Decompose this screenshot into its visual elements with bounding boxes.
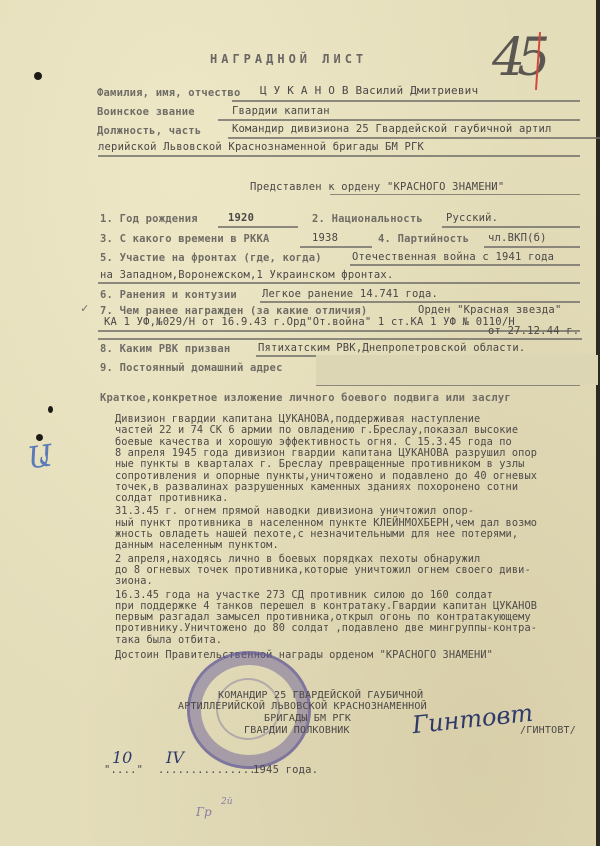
citation-line: зиона. — [115, 576, 153, 587]
position-value-2: лерийской Львовской Краснознаменной бриг… — [98, 141, 424, 153]
position-label: Должность, часть — [97, 125, 201, 137]
item-2-value: Русский. — [446, 212, 498, 224]
pencil-note: Гр — [196, 805, 212, 819]
underline — [98, 338, 582, 340]
underline — [260, 301, 580, 303]
redacted-area — [316, 355, 598, 385]
citation-line: 2 апреля,находясь лично в боевых порядка… — [115, 554, 480, 565]
handwritten-page-number: 45 — [492, 28, 542, 88]
name-value: Ц У К А Н О В Василий Дмитриевич — [260, 85, 478, 97]
item-4-value: чл.ВКП(б) — [488, 232, 547, 244]
position-value-1: Командир дивизиона 25 Гвардейской гаубич… — [232, 123, 552, 135]
underline — [484, 246, 580, 248]
citation-line: така была отбита. — [115, 635, 222, 646]
item-5-label: 5. Участие на фронтах (где, когда) — [100, 252, 322, 264]
citation-line: Достоин Правительственной награды ордено… — [115, 650, 493, 661]
item-1-label: 1. Год рождения — [100, 213, 198, 225]
citation-line: данным населенным пунктом. — [115, 540, 279, 551]
name-label: Фамилия, имя, отчество — [97, 87, 240, 99]
citation-line: частей 22 и 74 СК 6 армии по овладению г… — [115, 425, 518, 436]
underline — [300, 246, 372, 248]
item-6-label: 6. Ранения и контузии — [100, 289, 237, 301]
item-4-label: 4. Партийность — [378, 233, 469, 245]
rank-label: Воинское звание — [97, 106, 195, 118]
page-edge — [596, 0, 600, 846]
citation-line: ные пункты в кварталах г. Бреслау превра… — [115, 459, 524, 470]
punch-hole — [34, 72, 42, 80]
item-5-value-1: Отечественная война с 1941 года — [352, 251, 554, 263]
item-1-value: 1920 — [228, 212, 254, 224]
checkmark-mark: ✓ — [81, 301, 88, 315]
pencil-note-sup: 2й — [221, 797, 233, 807]
date-day-handwritten: 10 — [112, 748, 132, 767]
underline — [232, 100, 580, 102]
handwritten-signature: Гинтовт — [411, 699, 534, 740]
underline — [316, 385, 580, 386]
underline — [98, 155, 580, 157]
underline — [98, 282, 580, 284]
item-8-label: 8. Каким РВК призван — [100, 343, 230, 355]
underline — [218, 119, 580, 121]
signature-line-3: БРИГАДЫ БМ РГК — [264, 713, 351, 725]
signature-line-2: АРТИЛЛЕРИЙСКОЙ ЛЬВОВСКОЙ КРАСНОЗНАМЕННОЙ — [178, 701, 427, 713]
date-year: 1945 года. — [253, 764, 318, 776]
item-7-value-1: Орден "Красная звезда" — [418, 304, 561, 316]
punch-hole — [48, 406, 53, 413]
citation-line: сопротивления и опорные пункты,уничтожен… — [115, 471, 537, 482]
citation-line: солдат противника. — [115, 493, 228, 504]
citation-line: 16.3.45 года на участке 273 СД противник… — [115, 590, 493, 601]
item-3-label: 3. С какого времени в РККА — [100, 233, 270, 245]
signature-line-4: ГВАРДИИ ПОЛКОВНИК — [244, 725, 350, 737]
item-9-label: 9. Постоянный домашний адрес — [100, 362, 283, 374]
underline — [330, 194, 580, 195]
underline — [228, 137, 600, 139]
item-6-value: Легкое ранение 14.741 года. — [262, 288, 438, 300]
margin-handwritten-note: Ա — [26, 438, 55, 476]
rank-value: Гвардии капитан — [232, 105, 330, 117]
underline — [350, 264, 580, 266]
underline — [218, 226, 298, 228]
underline — [442, 226, 580, 228]
item-8-value: Пятихатским РВК,Днепропетровской области… — [258, 342, 525, 354]
item-7-value-3: от 27.12.44 г. — [488, 325, 579, 337]
document-title: НАГРАДНОЙ ЛИСТ — [210, 52, 367, 66]
citation-line: противнику.Уничтожено до 80 солдат ,пода… — [115, 623, 537, 634]
signatory-name: /ГИНТОВТ/ — [520, 725, 576, 737]
item-5-value-2: на Западном,Воронежском,1 Украинском фро… — [100, 269, 393, 281]
item-7-value-2: КА 1 УФ,№029/Н от 16.9.43 г.Орд"От.война… — [104, 316, 515, 328]
nomination-text: Представлен к ордену "КРАСНОГО ЗНАМЕНИ" — [250, 181, 504, 193]
item-2-label: 2. Национальность — [312, 213, 423, 225]
citation-line: боевые качества и хорошую эффективность … — [115, 437, 512, 448]
item-3-value: 1938 — [312, 232, 338, 244]
citation-line: до 8 огневых точек противника,которые ун… — [115, 565, 531, 576]
award-sheet-page: НАГРАДНОЙ ЛИСТ 45 Фамилия, имя, отчество… — [0, 0, 600, 846]
summary-label: Краткое,конкретное изложение личного бое… — [100, 392, 511, 404]
date-month-handwritten: IV — [166, 748, 184, 767]
citation-line: 31.3.45 г. огнем прямой наводки дивизион… — [115, 506, 474, 517]
